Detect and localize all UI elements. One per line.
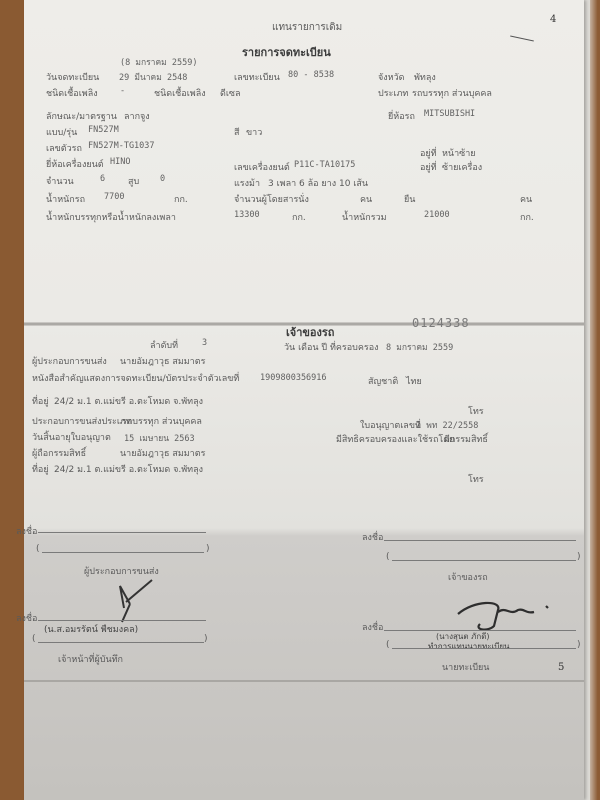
id-number: 1909800356916: [260, 373, 327, 383]
horsepower-label: แรงม้า: [234, 176, 260, 190]
nationality-label: สัญชาติ: [368, 374, 398, 388]
plate-label: เลขทะเบียน: [234, 70, 280, 84]
page-number-top: 4: [550, 14, 556, 25]
transport-type: รถบรรทุก ส่วนบุคคล: [122, 414, 202, 428]
registration-document: 4 แทนรายการเดิม รายการจดทะเบียน (8 มกราค…: [24, 0, 584, 800]
brand-label: ยี่ห้อรถ: [388, 109, 415, 123]
page-bottom-edge: [24, 680, 584, 682]
operator-sign-line: [38, 532, 206, 533]
count-label: จำนวน: [46, 174, 74, 188]
operator-name: นายอัมฎาวุธ สมมาตร: [120, 354, 205, 368]
recorder-role: เจ้าหน้าที่ผู้บันทึก: [58, 652, 123, 666]
pen-mark: [510, 36, 534, 42]
owner-section-title: เจ้าของรถ: [286, 323, 334, 341]
recorder-name: (น.ส.อมรรัตน์ พืชมงคล): [44, 622, 138, 636]
plate-number: 80 - 8538: [288, 70, 334, 80]
chassis-number: FN527M-TG1037: [88, 141, 155, 151]
holder-tel-label: โทร: [468, 472, 484, 486]
model-label: แบบ/รุ่น: [46, 125, 77, 139]
operator-sign-label: ลงชื่อ: [16, 524, 37, 538]
type-label: ประเภท: [378, 86, 408, 100]
fuel2-label: ชนิดเชื้อเพลิง: [154, 86, 206, 100]
sequence-label: ลำดับที่: [150, 338, 178, 352]
license-expire: 15 เมษายน 2563: [124, 431, 195, 445]
paren-open: (: [36, 544, 40, 554]
operator-name-line: [42, 552, 204, 553]
owner-role: เจ้าของรถ: [448, 570, 488, 584]
weight-label: น้ำหนักรถ: [46, 192, 85, 206]
model: FN527M: [88, 125, 119, 135]
standard-label: ลักษณะ/มาตรฐาน: [46, 109, 117, 123]
paren-close: ): [206, 544, 210, 554]
passengers-label: จำนวนผู้โดยสารนั่ง: [234, 192, 309, 206]
engine-number: P11C-TA10175: [294, 160, 355, 170]
owner-name-line: [392, 560, 576, 561]
registrar-sign-label: ลงชื่อ: [362, 620, 383, 634]
holder-address-label: ที่อยู่: [32, 462, 49, 476]
possession-date: 8 มกราคม 2559: [386, 340, 453, 354]
seated-unit: คน: [360, 192, 372, 206]
total-weight: 21000: [424, 210, 450, 220]
total-unit: กก.: [520, 210, 534, 224]
standing-label: ยืน: [404, 192, 415, 206]
rights-label: มีสิทธิครอบครองและใช้รถโดย: [336, 432, 454, 446]
rights: มีกรรมสิทธิ์: [444, 432, 488, 446]
engine-location-label: อยู่ที่: [420, 160, 437, 174]
operator-label: ผู้ประกอบการขนส่ง: [32, 354, 107, 368]
fuel2-value: ดีเซล: [220, 86, 241, 100]
chassis-location: หน้าซ้าย: [442, 146, 476, 160]
province: พัทลุง: [414, 70, 436, 84]
page-title: รายการจดทะเบียน: [242, 43, 331, 61]
serial-stamp: 0124338: [412, 316, 470, 330]
color: ขาว: [246, 125, 262, 139]
reg-date-label: วันจดทะเบียน: [46, 70, 99, 84]
axles-wheels: 3 เพลา 6 ล้อ ยาง 10 เส้น: [268, 176, 368, 190]
province-label: จังหวัด: [378, 70, 405, 84]
load-unit: กก.: [292, 210, 306, 224]
engine-location: ซ้ายเครื่อง: [442, 160, 482, 174]
fuel-label: ชนิดเชื้อเพลิง: [46, 86, 98, 100]
nationality: ไทย: [406, 374, 422, 388]
weight-unit: กก.: [174, 192, 188, 206]
license-number: 1 พท 22/2558: [416, 418, 478, 432]
recorder-signature: [100, 574, 160, 624]
paren-open-3: (: [386, 552, 390, 562]
paren-open-2: (: [32, 634, 36, 644]
engine-brand-label: ยี่ห้อเครื่องยนต์: [46, 157, 104, 171]
recorder-name-line: [38, 642, 204, 643]
expire-label: วันสิ้นอายุใบอนุญาต: [32, 430, 111, 444]
page-number-bottom: 5: [558, 662, 564, 673]
address-label: ที่อยู่: [32, 394, 49, 408]
id-label: หนังสือสำคัญแสดงการจดทะเบียน/บัตรประจำตั…: [32, 371, 239, 385]
recorder-sign-label: ลงชื่อ: [16, 611, 37, 625]
tel-label: โทร: [468, 404, 484, 418]
chassis-label: เลขตัวรถ: [46, 141, 82, 155]
reg-date: 29 มีนาคม 2548: [119, 70, 187, 84]
color-label: สี: [234, 125, 240, 139]
license-label: ใบอนุญาตเลขที่: [360, 418, 421, 432]
registrar-acting: ทำการแทนนายทะเบียน: [428, 640, 509, 653]
title-date: (8 มกราคม 2559): [120, 55, 197, 69]
paren-close-2: ): [204, 634, 208, 644]
cylinder: 0: [160, 174, 165, 184]
registrar-signature: [454, 598, 554, 632]
vehicle-weight: 7700: [104, 192, 124, 202]
count: 6: [100, 174, 105, 184]
holder-name: นายอัมฎาวุธ สมมาตร: [120, 446, 205, 460]
header-note: แทนรายการเดิม: [272, 20, 342, 35]
possession-date-label: วัน เดือน ปี ที่ครอบครอง: [284, 340, 379, 354]
paren-open-4: (: [386, 640, 390, 650]
holder-label: ผู้ถือกรรมสิทธิ์: [32, 446, 86, 460]
standing-unit: คน: [520, 192, 532, 206]
owner-sign-line: [384, 540, 576, 541]
brand: MITSUBISHI: [424, 109, 475, 119]
transport-type-label: ประกอบการขนส่งประเภท: [32, 414, 132, 428]
total-weight-label: น้ำหนักรวม: [342, 210, 387, 224]
fuel-value: -: [120, 86, 125, 96]
paren-close-4: ): [577, 640, 581, 650]
owner-sign-label: ลงชื่อ: [362, 530, 383, 544]
address: 24/2 ม.1 ต.แม่ขรี อ.ตะโหมด จ.พัทลุง: [54, 394, 203, 408]
sequence-number: 3: [202, 338, 207, 348]
cylinder-label: สูบ: [128, 174, 139, 188]
engine-brand: HINO: [110, 157, 130, 167]
holder-address: 24/2 ม.1 ต.แม่ขรี อ.ตะโหมด จ.พัทลุง: [54, 462, 203, 476]
chassis-location-label: อยู่ที่: [420, 146, 437, 160]
registrar-name-line: [392, 648, 576, 649]
vehicle-type: รถบรรทุก ส่วนบุคคล: [412, 86, 492, 100]
load-label: น้ำหนักบรรทุกหรือน้ำหนักลงเพลา: [46, 210, 176, 224]
registrar-role: นายทะเบียน: [442, 660, 489, 674]
recorder-sign-line: [38, 620, 206, 621]
paren-close-3: ): [577, 552, 581, 562]
load-weight: 13300: [234, 210, 260, 220]
engine-number-label: เลขเครื่องยนต์: [234, 160, 290, 174]
standard: ลากจูง: [124, 109, 150, 123]
